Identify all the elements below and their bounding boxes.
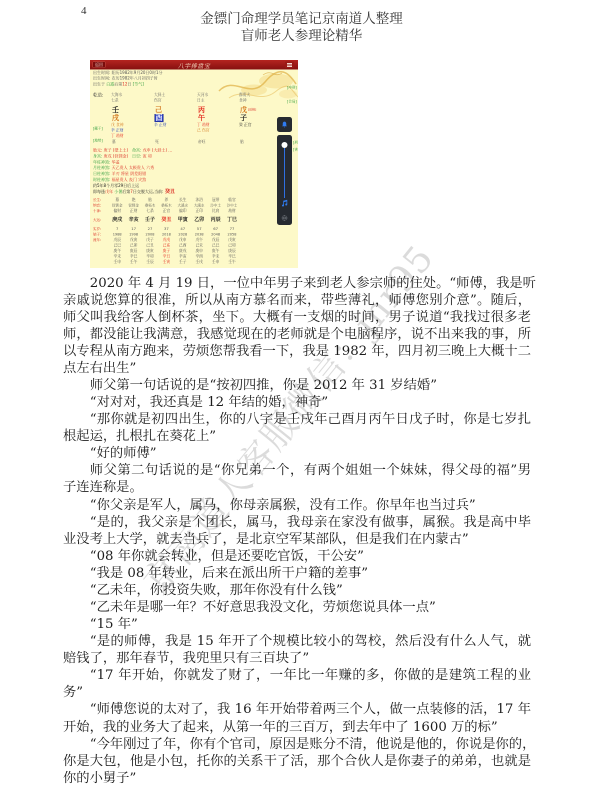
dragon-decoration-icon [215,69,298,105]
liunian-cell[interactable]: 戊申 [175,238,191,243]
dayun-row-nayin: 纳音: 钗钏金钗钏金桑柘木桑柘木大溪水大溪水沙中土沙中土 [90,203,298,208]
liunian-cell[interactable]: 庚辰 [125,249,141,254]
term-mid: 后第 [114,82,122,87]
dayun-cell[interactable]: 丙辰 [207,217,223,223]
hidden-stem: 戊 食神 [111,123,123,127]
hidden-stem: 丁 劫财 [197,123,209,127]
body-text-line: 你是大包，他是小包，托你的关系干了活，那个合伙人是你妻子的弟弟，也就是 [63,753,531,770]
hidden-stem: 辛 正财 [154,123,166,127]
media-control-panel [277,135,292,225]
body-text-line: “15 年” [63,616,531,633]
shensha-line: 身宫: 庚戌 (钗钏金)日空: 寅 卯 [93,155,152,159]
bell-button[interactable] [277,117,292,132]
pillar-growth-stage: 胎 [240,140,244,144]
liunian-cell[interactable]: 己巳 [207,243,223,248]
body-text-line: “我是 08 年转业，后来在派出所干户籍的差事” [63,565,531,582]
dayun-row-age: 实岁: 717273747576777 [90,227,298,232]
liunian-cell[interactable]: 戊辰 [207,238,223,243]
solar-term: 白露 [106,82,114,87]
liunian-cell[interactable]: 己巳 [109,243,125,248]
liunian-cell[interactable]: 辛亥 [175,254,191,259]
pillar-heavenly-stem: 己 [155,107,162,114]
body-text-line: 务” [63,684,531,701]
term-tag: [节气] [133,82,144,87]
body-text-line: 师父第一句话说的是“按初四推，你是 2012 年 31 岁结婚” [63,377,531,394]
liunian-row: 辛未辛巳辛卯辛丑辛亥辛酉辛未辛巳 [90,254,298,259]
dayun-row-growth-stage: 长生: 墓绝胎养长生沐浴冠带临官 [90,198,298,203]
liunian-cell[interactable]: 辛丑 [158,254,174,259]
body-text-line: “17 年开始，你就发了财了，一年比一年赚的多，你做的是建筑工程的业 [63,667,531,684]
body-text-line: “08 年你就会转业，但是还要吃官饭，干公安” [63,548,531,565]
body-text-line: 师父第二句话说的是“你兄弟一个，有两个姐姐一个妹妹，得父母的福”男 [63,462,531,479]
dayun-cell[interactable]: 甲寅 [175,217,191,223]
gear-icon[interactable] [281,215,288,222]
dayun-cell[interactable]: 丁巳 [224,217,240,223]
liunian-cell[interactable]: 己未 [191,243,207,248]
body-text-line: 你的小舅子” [63,770,531,787]
hidden-stem: 丁 劫财 [111,134,123,138]
body-text-line: 以专程从南方跑来，劳烦您帮我看一下，我是 1982 年，四月初三晚上大概十二 [63,343,531,360]
pillar-ten-god: 日主 [197,99,205,103]
liunian-row: 流年: 戊辰戊寅戊子戊戌戊申戊午戊辰戊寅 [90,238,298,243]
liunian-cell[interactable]: 戊寅 [125,238,141,243]
relation-tag: [害] [293,148,298,152]
dayun-row-pillars: 大运: 庚戌辛亥壬子癸丑甲寅乙卯丙辰丁巳 [90,217,298,223]
growth-stage-label: [地势] [93,139,103,143]
body-text-line: “乙未年是哪一年？不好意思我没文化，劳烦您说具体一点” [63,599,531,616]
app-header-bar: 返回 八字排盘宝 [90,60,298,70]
liunian-cell[interactable]: 辛卯 [142,254,158,259]
liunian-cell[interactable]: 己酉 [175,243,191,248]
chart-gender-label: 乾造: [93,94,104,99]
birth-lunar-date: 出生时间: 农历1982年八月初四子时 [93,77,158,81]
liunian-cell[interactable]: 庚午 [207,249,223,254]
body-text-line: 亲戚说您算的很准，所以从南方慕名而来，带些薄礼，师傅您别介意”。随后， [63,292,531,309]
pillar-heavenly-stem: 戊 [240,107,247,114]
relation-tag: [冲刑] [287,86,297,90]
liunian-cell[interactable]: 庚申 [191,249,207,254]
shensha-line: 日柱神煞: 羊刃 将星 阴差阳错 [93,172,146,176]
birth-solar-date: 出生时间: 阳历1982年9月20日0时1分 [93,71,163,75]
shensha-line: 时柱神煞: 福星贵人 丧门 灾煞 [93,178,146,182]
body-text-line: 赔钱了，那年春节，我兜里只有三百块了” [63,650,531,667]
body-text-line: “是的师傅，我是 15 年开了个规模比较小的驾校，然后没有什么人气，就 [63,633,531,650]
liunian-cell[interactable]: 庚辰 [224,249,240,254]
bazi-app-screen: 返回 八字排盘宝 出生时间: 阳历1982年9月20日0时1分 出生时间: 农历… [90,60,298,268]
relation-tag: [合局] [287,100,297,104]
liunian-cell[interactable]: 庚戌 [175,249,191,254]
liunian-cell[interactable]: 己卯 [224,243,240,248]
body-text-line: “好的师傅” [63,445,531,462]
hidden-stem: 癸 正官 [239,123,251,127]
liunian-row: 己巳己卯己丑己亥己酉己未己巳己卯 [90,243,298,248]
pillar-growth-stage: 死 [155,140,159,144]
volume-slider-knob[interactable] [282,142,288,148]
liunian-cell[interactable]: 庚寅 [142,249,158,254]
pillar-earthly-branch: 子 [240,115,247,122]
liunian-cell[interactable]: 戊午 [191,238,207,243]
app-title: 八字排盘宝 [90,62,298,71]
luck-change-text: 即每逢戊年 小暑后第7日交脱大运,当前:癸丑 [93,190,175,195]
pillar-nayin: 大驿土 [154,93,165,97]
body-text-line: 点左右出生” [63,360,531,377]
dayun-row-ten-god: 十神: 偏财正财七杀正官偏印正印比肩劫财 [90,209,298,214]
pillar-ten-god: 伤官 [154,99,162,103]
body-text-line: “对对对，我还真是 12 年结的婚，神奇” [63,394,531,411]
document-header-subtitle: 盲师老人参理论精华 [0,24,603,44]
liunian-cell[interactable]: 辛巳 [125,254,141,259]
body-text-line: 开始，我的业务大了起来，从第一年的三百万，到去年中了 1600 万的标” [63,719,531,736]
liunian-cell[interactable]: 己卯 [125,243,141,248]
pillar-heavenly-stem: 壬 [112,107,119,114]
hidden-stem: 辛 正财 [111,129,123,133]
liunian-cell[interactable]: 壬申 [109,260,125,265]
liunian-cell[interactable]: 己亥 [158,243,174,248]
pillar-earthly-branch: 戌 [112,115,119,122]
body-text-line: 根起运，扎根扎在葵花上” [63,428,531,445]
body-text-line: 业没考上大学，就去当兵了，是北京空军某部队，但是我们在内蒙古” [63,531,531,548]
liunian-cell[interactable]: 壬戌 [191,260,207,265]
shensha-line: 年柱神煞: 华盖 [93,161,120,165]
music-note-icon[interactable] [281,199,289,207]
liunian-cell[interactable]: 壬午 [125,260,141,265]
luck-start-text: 约5年8个月零29日后上运 [93,184,139,188]
liunian-cell[interactable]: 戊戌 [158,238,174,243]
pillar-nayin: 天河水 [197,93,208,97]
body-text-line: 2020 年 4 月 19 日，一位中年男子来到老人参宗师的住处。“师傅，我是听 [63,275,531,292]
shensha-line: 月柱神煞: 天乙贵人 太极贵人 六秀 [93,166,154,170]
body-text-line: 子连连称是。 [63,479,531,496]
dayun-row-start-year: 始于: 19881998200820182028203820482058 [90,232,298,237]
bell-icon [281,121,288,128]
stem-status-tag: [旺相] [248,109,256,112]
dayun-cell[interactable]: 乙卯 [191,217,207,223]
body-text-line: “师傅您说的太对了，我 16 年开始带着两三个人，做一点装修的活，17 年 [63,701,531,718]
relation-tag: [刑] [293,141,298,145]
liunian-cell[interactable]: 戊子 [142,238,158,243]
liunian-cell[interactable]: 庚子 [158,249,174,254]
pillar-ten-god: 七杀 [111,99,119,103]
body-text-line: “那你就是初四出生，你的八字是壬戌年己酉月丙午日戊子时，你是七岁扎 [63,411,531,428]
body-text-line: “乙未年，你投资失败，那年你没有什么钱” [63,582,531,599]
liunian-cell[interactable]: 戊辰 [109,238,125,243]
liunian-cell[interactable]: 辛未 [207,254,223,259]
current-luck-pillar: 癸丑 [165,189,175,195]
body-text-line: “今年刚过了年，你有个官司，原因是账分不清，他说是他的，你说是你的， [63,736,531,753]
pillar-ten-god: 食神 [239,99,247,103]
liunian-cell[interactable]: 己丑 [142,243,158,248]
liunian-cell[interactable]: 壬申 [207,260,223,265]
pillar-growth-stage: 帝旺 [198,140,206,144]
liunian-row: 壬申壬午壬辰壬寅壬子壬戌壬申壬午 [90,260,298,265]
volume-slider-track[interactable] [284,145,285,198]
body-text-line: 师，都没能让我满意，我感觉现在的老师就是个电脑程序，说不出来我的事，所 [63,326,531,343]
liunian-row: 庚午庚辰庚寅庚子庚戌庚申庚午庚辰 [90,249,298,254]
birth-solar-term: 出生于 白露后第12日 [节气] [93,83,144,87]
body-text-line: 师父叫我给客人倒杯茶，坐下。大概有一支烟的时间，男子说道“我找过很多老 [63,309,531,326]
hidden-stem: 己 伤官 [197,129,209,133]
embedded-bazi-app-screenshot: 返回 八字排盘宝 出生时间: 阳历1982年9月20日0时1分 出生时间: 农历… [90,60,298,268]
liunian-cell[interactable]: 戊寅 [224,238,240,243]
liunian-cell[interactable]: 辛未 [109,254,125,259]
pillar-earthly-branch: 酉 [155,114,164,122]
term-prefix: 出生于 [93,82,105,87]
liunian-cell[interactable]: 壬辰 [142,260,158,265]
body-text-line: “是的，我父亲是个团长，属马，我母亲在家没有做事，属猴。我是高中毕 [63,514,531,531]
hidden-stems-label: [藏干] [93,127,103,131]
pillar-heavenly-stem: 丙 [198,107,205,114]
dayun-cell[interactable]: 壬子 [142,217,158,223]
liunian-cell[interactable]: 辛巳 [224,254,240,259]
pillar-nayin: 大海水 [111,93,122,97]
liunian-cell[interactable]: 壬寅 [158,260,174,265]
dayun-cell[interactable]: 辛亥 [125,217,141,223]
pillar-nayin: 霹雳火 [239,93,250,97]
dayun-cell-current[interactable]: 癸丑 [158,217,174,223]
liunian-cell[interactable]: 壬子 [175,260,191,265]
dayun-cell[interactable]: 庚戌 [109,217,125,223]
body-text-line: “你父亲是军人，属马，你母亲属猴，没有工作。你早年也当过兵” [63,497,531,514]
liunian-cell[interactable]: 辛酉 [191,254,207,259]
term-suffix: 日 [127,82,131,87]
pillar-earthly-branch: 午 [198,115,205,122]
liunian-cell[interactable]: 壬午 [224,260,240,265]
shensha-line: 胎元: 庚子 (壁上土)命宫: 戊申 (大驿土) ... [93,149,172,153]
liunian-cell[interactable]: 庚午 [109,249,125,254]
pillar-growth-stage: 墓 [112,140,116,144]
document-body: 2020 年 4 月 19 日，一位中年男子来到老人参宗师的住处。“师傅，我是听… [63,275,531,787]
hamburger-menu-icon[interactable] [285,62,294,69]
